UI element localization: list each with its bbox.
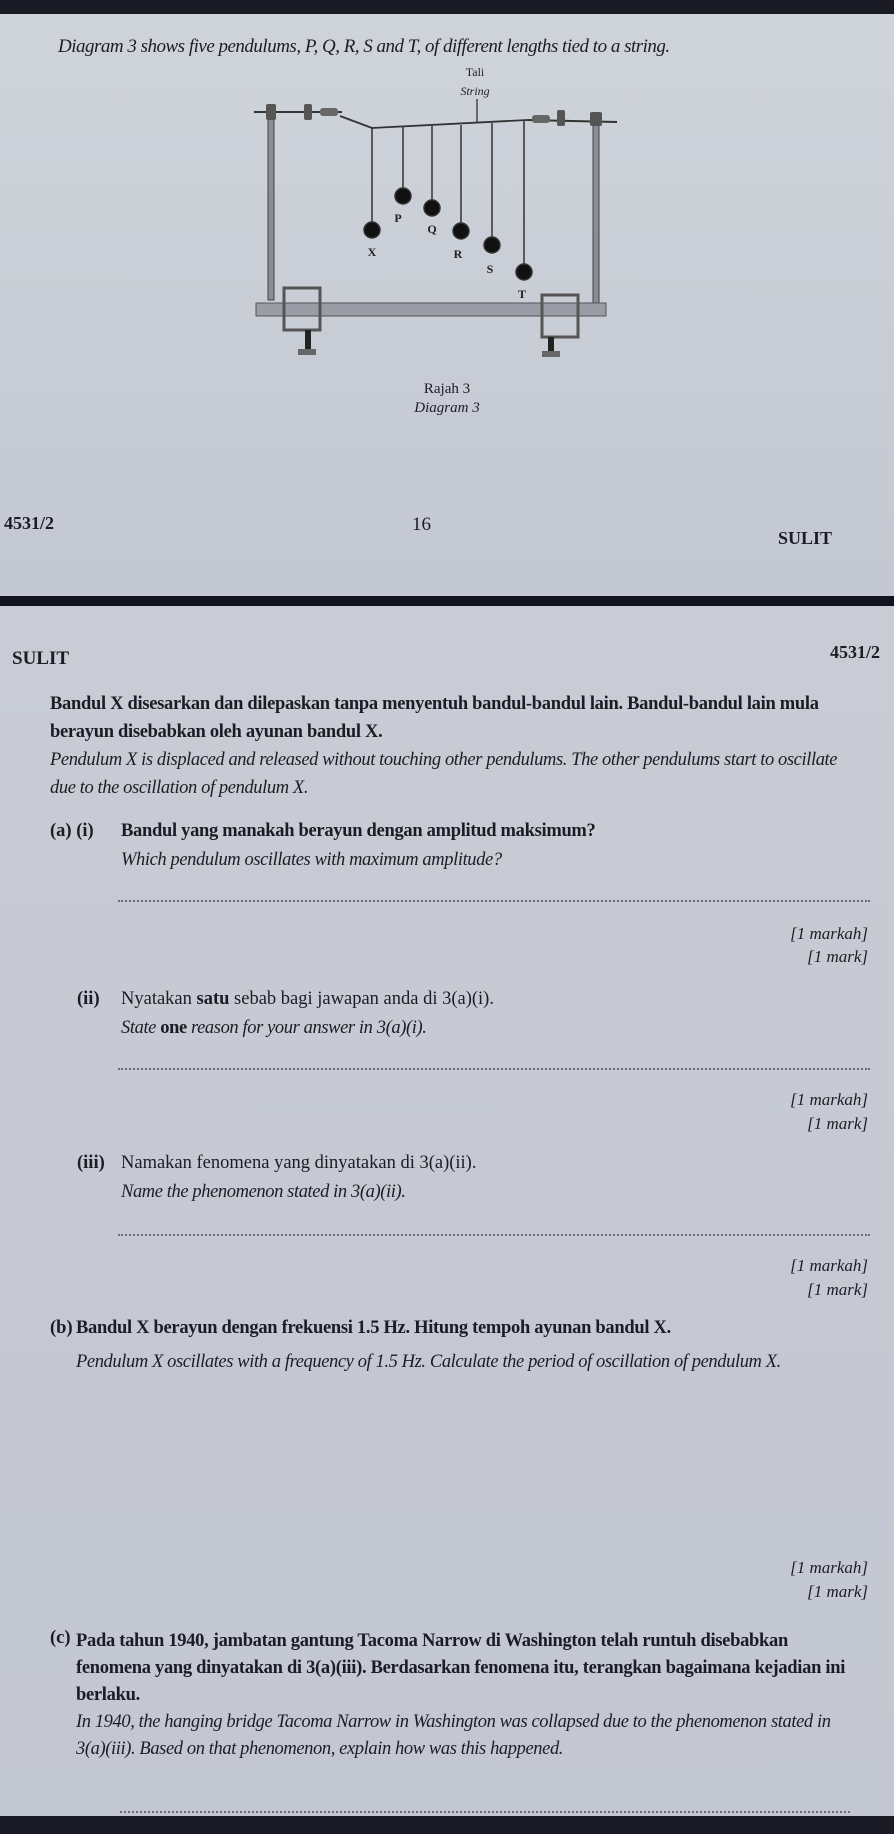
pendulum-label-t: T — [518, 287, 526, 301]
question-text-en: Name the phenomenon stated in 3(a)(ii). — [121, 1182, 405, 1203]
string-label-ms: Tali — [466, 65, 485, 79]
question-text-ms: Pada tahun 1940, jambatan gantung Tacoma… — [76, 1628, 856, 1709]
mark-en: [1 mark] — [807, 1114, 868, 1134]
footer-page-number: 16 — [412, 514, 431, 536]
question-text-en: In 1940, the hanging bridge Tacoma Narro… — [76, 1709, 836, 1763]
header-paper-code: 4531/2 — [830, 642, 880, 663]
mark-en: [1 mark] — [807, 1280, 868, 1300]
pendulum-label-p: P — [394, 211, 401, 225]
diagram-caption-en: Diagram 3 — [0, 400, 894, 417]
intro-text-en: Pendulum X is displaced and released wit… — [50, 746, 860, 802]
mark-ms: [1 markah] — [790, 1558, 868, 1578]
question-text-ms: Bandul yang manakah berayun dengan ampli… — [121, 821, 596, 842]
page-divider — [0, 596, 894, 606]
footer-paper-code: 4531/2 — [4, 513, 54, 534]
pendulum-diagram: Tali String X P Q R S T — [232, 60, 632, 360]
answer-line[interactable] — [120, 1811, 850, 1813]
question-text-ms: Nyatakan satu sebab bagi jawapan anda di… — [121, 989, 494, 1010]
mark-en: [1 mark] — [807, 947, 868, 967]
footer-classification: SULIT — [778, 528, 832, 549]
diagram-caption-ms: Rajah 3 — [0, 381, 894, 398]
question-label: (a) (i) — [50, 821, 94, 842]
answer-line[interactable] — [118, 1068, 870, 1070]
question-label: (ii) — [77, 989, 100, 1010]
answer-line[interactable] — [118, 1234, 870, 1236]
pendulum-label-x: X — [368, 245, 377, 259]
string-label-en: String — [460, 84, 489, 98]
question-text-en: Pendulum X oscillates with a frequency o… — [76, 1347, 866, 1377]
question-text-ms: Bandul X berayun dengan frekuensi 1.5 Hz… — [76, 1318, 671, 1339]
pendulum-label-q: Q — [427, 222, 436, 236]
question-label: (b) — [50, 1318, 73, 1339]
mark-ms: [1 markah] — [790, 924, 868, 944]
question-label: (c) — [50, 1628, 71, 1649]
pendulum-label-r: R — [454, 247, 463, 261]
intro-text-ms: Bandul X disesarkan dan dilepaskan tanpa… — [50, 690, 860, 746]
question-intro: Bandul X disesarkan dan dilepaskan tanpa… — [50, 690, 860, 802]
mark-ms: [1 markah] — [790, 1090, 868, 1110]
mark-en: [1 mark] — [807, 1582, 868, 1602]
question-text-en: State one reason for your answer in 3(a)… — [121, 1018, 426, 1039]
pendulum-label-s: S — [487, 262, 494, 276]
header-classification: SULIT — [12, 648, 69, 670]
question-text-en: Which pendulum oscillates with maximum a… — [121, 850, 502, 871]
question-label: (iii) — [77, 1153, 105, 1174]
mark-ms: [1 markah] — [790, 1256, 868, 1276]
diagram-intro-text: Diagram 3 shows five pendulums, P, Q, R,… — [58, 36, 670, 58]
question-text-ms: Namakan fenomena yang dinyatakan di 3(a)… — [121, 1153, 476, 1174]
answer-line[interactable] — [118, 900, 870, 902]
exam-page-17: SULIT 4531/2 Bandul X disesarkan dan dil… — [0, 606, 894, 1816]
exam-page-16: Diagram 3 shows five pendulums, P, Q, R,… — [0, 14, 894, 596]
